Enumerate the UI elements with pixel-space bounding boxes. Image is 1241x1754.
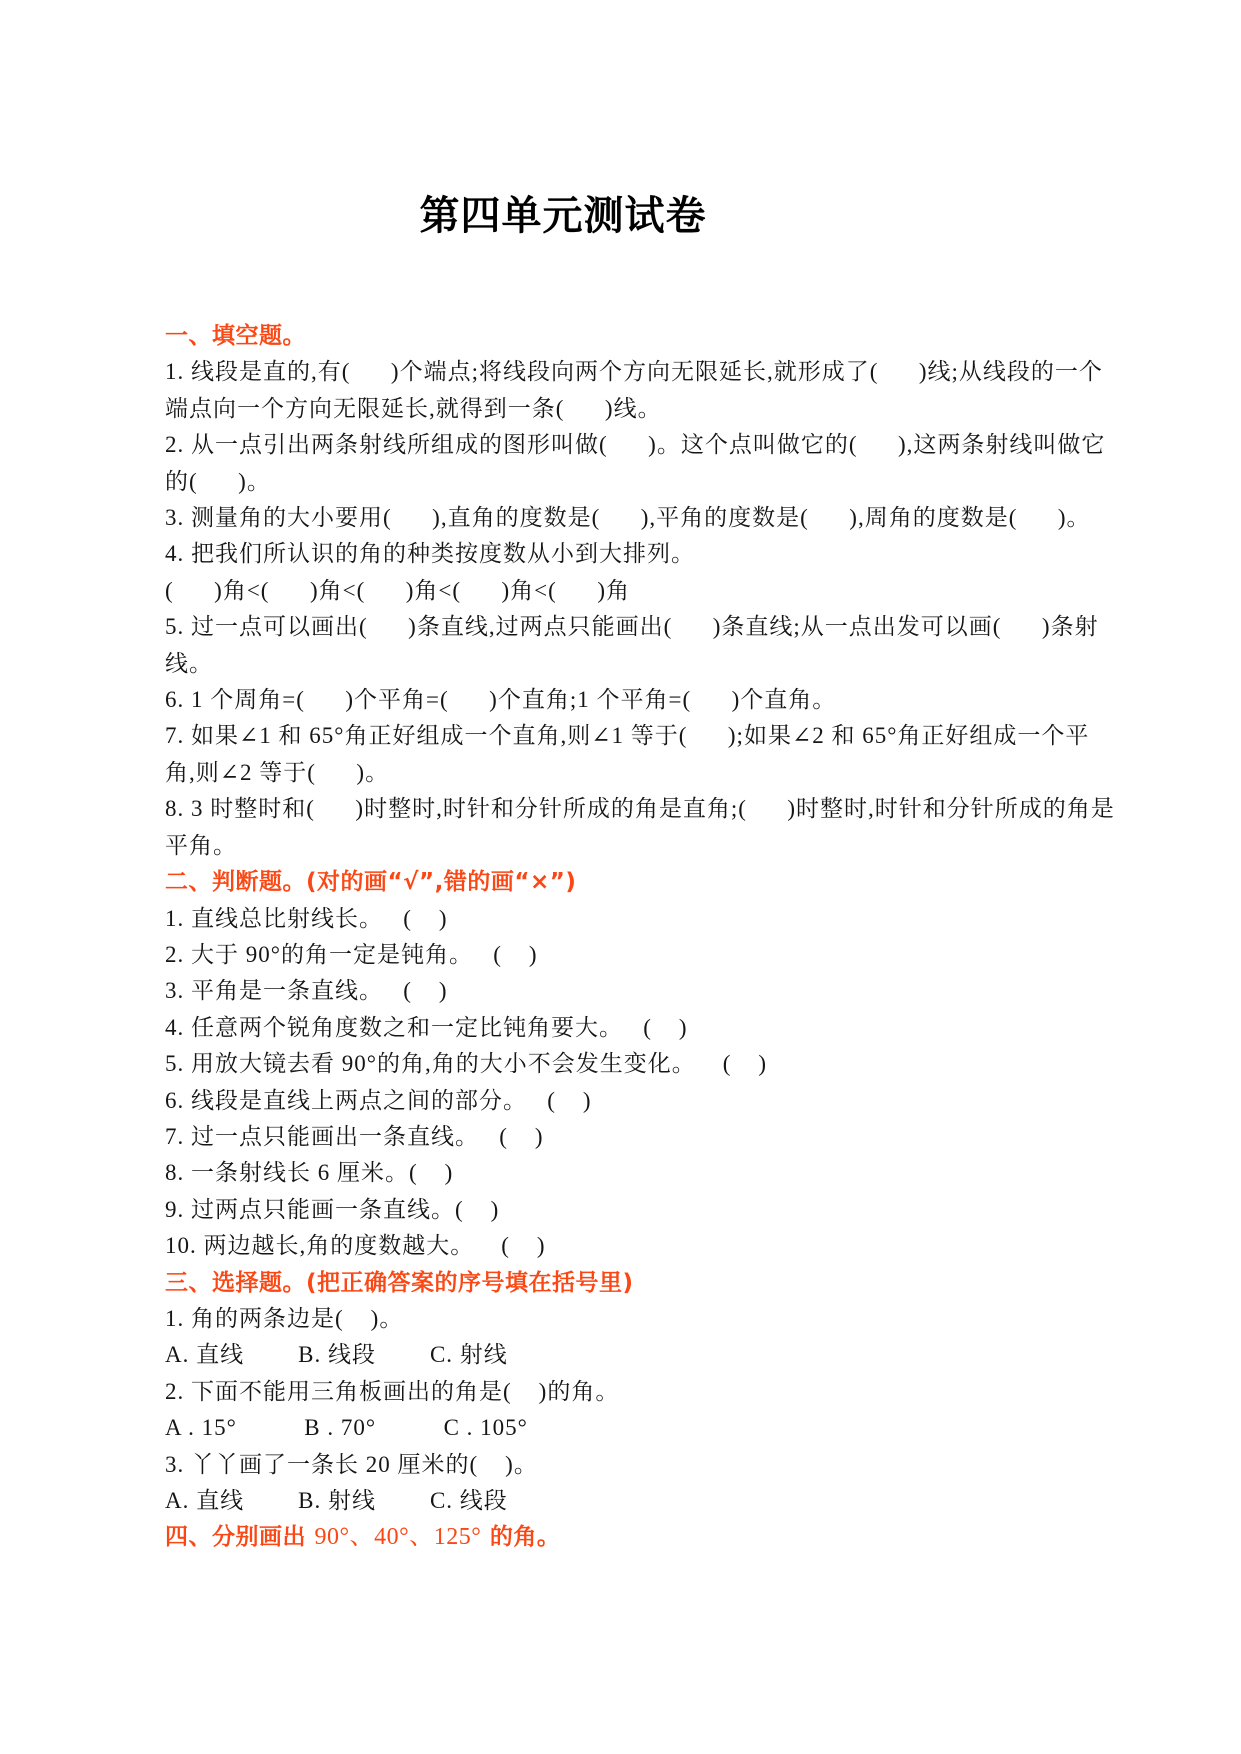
true-false-line: 3. 平角是一条直线。 ( ) — [165, 973, 1105, 1009]
fill-blanks-line: 3. 测量角的大小要用( ),直角的度数是( ),平角的度数是( ),周角的度数… — [165, 500, 1105, 536]
multiple-choice-question-line: 2. 下面不能用三角板画出的角是( )的角。 — [165, 1374, 1105, 1410]
fill-blanks-line: 2. 从一点引出两条射线所组成的图形叫做( )。这个点叫做它的( ),这两条射线… — [165, 427, 1105, 463]
true-false-line: 8. 一条射线长 6 厘米。( ) — [165, 1155, 1105, 1191]
true-false-line: 7. 过一点只能画出一条直线。 ( ) — [165, 1119, 1105, 1155]
section-multiple-choice-heading: 三、选择题。(把正确答案的序号填在括号里) — [165, 1265, 1105, 1301]
draw-angles-degrees: 90°、40°、125° — [315, 1524, 482, 1550]
fill-blanks-line: 线。 — [165, 646, 1105, 682]
fill-blanks-line: 角,则∠2 等于( )。 — [165, 755, 1105, 791]
choice-options-line: A . 15° B . 70° C . 105° — [165, 1410, 1105, 1446]
true-false-line: 10. 两边越长,角的度数越大。 ( ) — [165, 1228, 1105, 1264]
true-false-line: 4. 任意两个锐角度数之和一定比钝角要大。 ( ) — [165, 1010, 1105, 1046]
multiple-choice-question-line: 3. 丫丫画了一条长 20 厘米的( )。 — [165, 1447, 1105, 1483]
fill-blanks-line: 6. 1 个周角=( )个平角=( )个直角;1 个平角=( )个直角。 — [165, 682, 1105, 718]
fill-blanks-line: 1. 线段是直的,有( )个端点;将线段向两个方向无限延长,就形成了( )线;从… — [165, 354, 1105, 390]
section-fill-blanks-heading: 一、填空题。 — [165, 318, 1105, 354]
section-true-false-heading: 二、判断题。(对的画“√”,错的画“×”) — [165, 864, 1105, 900]
true-false-line: 6. 线段是直线上两点之间的部分。 ( ) — [165, 1083, 1105, 1119]
choice-options-line: A. 直线 B. 线段 C. 射线 — [165, 1337, 1105, 1373]
page-title: 第四单元测试卷 — [165, 184, 961, 241]
fill-blanks-line: 8. 3 时整时和( )时整时,时针和分针所成的角是直角;( )时整时,时针和分… — [165, 791, 1105, 827]
fill-blanks-line: 5. 过一点可以画出( )条直线,过两点只能画出( )条直线;从一点出发可以画(… — [165, 609, 1105, 645]
test-paper-body: 一、填空题。 1. 线段是直的,有( )个端点;将线段向两个方向无限延长,就形成… — [165, 318, 1105, 1556]
true-false-line: 2. 大于 90°的角一定是钝角。 ( ) — [165, 937, 1105, 973]
fill-blanks-line: 平角。 — [165, 828, 1105, 864]
fill-blanks-line: 7. 如果∠1 和 65°角正好组成一个直角,则∠1 等于( );如果∠2 和 … — [165, 718, 1105, 754]
fill-blanks-line: ( )角<( )角<( )角<( )角<( )角 — [165, 573, 1105, 609]
multiple-choice-question-line: 1. 角的两条边是( )。 — [165, 1301, 1105, 1337]
choice-options-line: A. 直线 B. 射线 C. 线段 — [165, 1483, 1105, 1519]
fill-blanks-line: 4. 把我们所认识的角的种类按度数从小到大排列。 — [165, 536, 1105, 572]
true-false-line: 1. 直线总比射线长。 ( ) — [165, 901, 1105, 937]
true-false-line: 9. 过两点只能画一条直线。( ) — [165, 1192, 1105, 1228]
true-false-line: 5. 用放大镜去看 90°的角,角的大小不会发生变化。 ( ) — [165, 1046, 1105, 1082]
draw-angles-suffix: 的角。 — [481, 1524, 560, 1550]
fill-blanks-line: 的( )。 — [165, 464, 1105, 500]
draw-angles-prefix: 四、分别画出 — [165, 1524, 315, 1550]
fill-blanks-line: 端点向一个方向无限延长,就得到一条( )线。 — [165, 391, 1105, 427]
section-draw-angles-heading: 四、分别画出 90°、40°、125° 的角。 — [165, 1519, 1105, 1555]
